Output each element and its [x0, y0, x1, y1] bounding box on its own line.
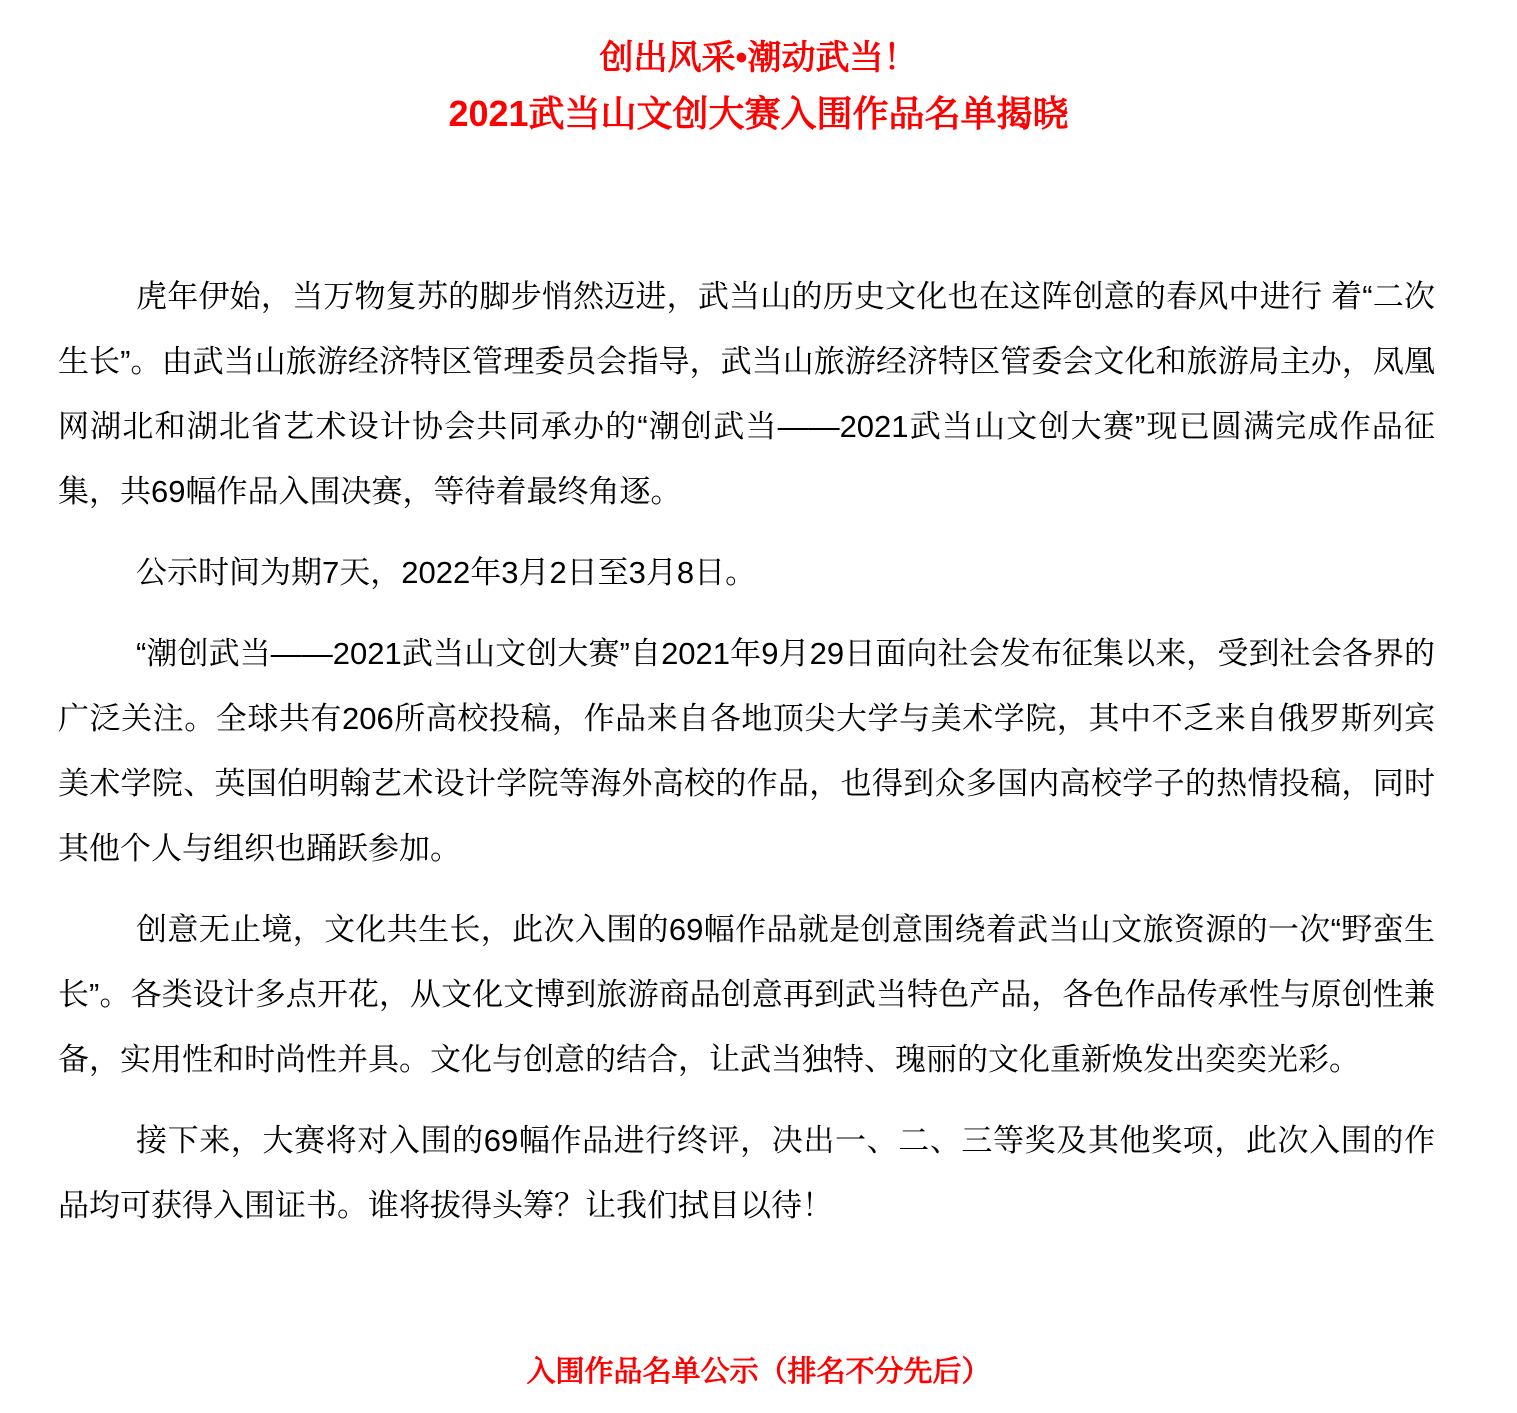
document-title-line-1: 创出风采•潮动武当！ [0, 30, 1517, 86]
document-title-line-2: 2021武当山文创大赛入围作品名单揭晓 [0, 86, 1517, 142]
document-title: 创出风采•潮动武当！ 2021武当山文创大赛入围作品名单揭晓 [0, 30, 1517, 142]
shortlist-section-heading: 入围作品名单公示（排名不分先后） [0, 1344, 1517, 1400]
paragraph-intro: 虎年伊始，当万物复苏的脚步悄然迈进，武当山的历史文化也在这阵创意的春风中进行 着… [58, 264, 1435, 524]
paragraph-submissions: “潮创武当——2021武当山文创大赛”自2021年9月29日面向社会发布征集以来… [58, 621, 1435, 881]
paragraph-next-steps: 接下来，大赛将对入围的69幅作品进行终评，决出一、二、三等奖及其他奖项，此次入围… [58, 1108, 1435, 1238]
paragraph-creativity: 创意无止境，文化共生长，此次入围的69幅作品就是创意围绕着武当山文旅资源的一次“… [58, 897, 1435, 1092]
paragraph-publicity-period: 公示时间为期7天，2022年3月2日至3月8日。 [58, 540, 1435, 605]
document-page: 创出风采•潮动武当！ 2021武当山文创大赛入围作品名单揭晓 虎年伊始，当万物复… [0, 0, 1517, 1413]
